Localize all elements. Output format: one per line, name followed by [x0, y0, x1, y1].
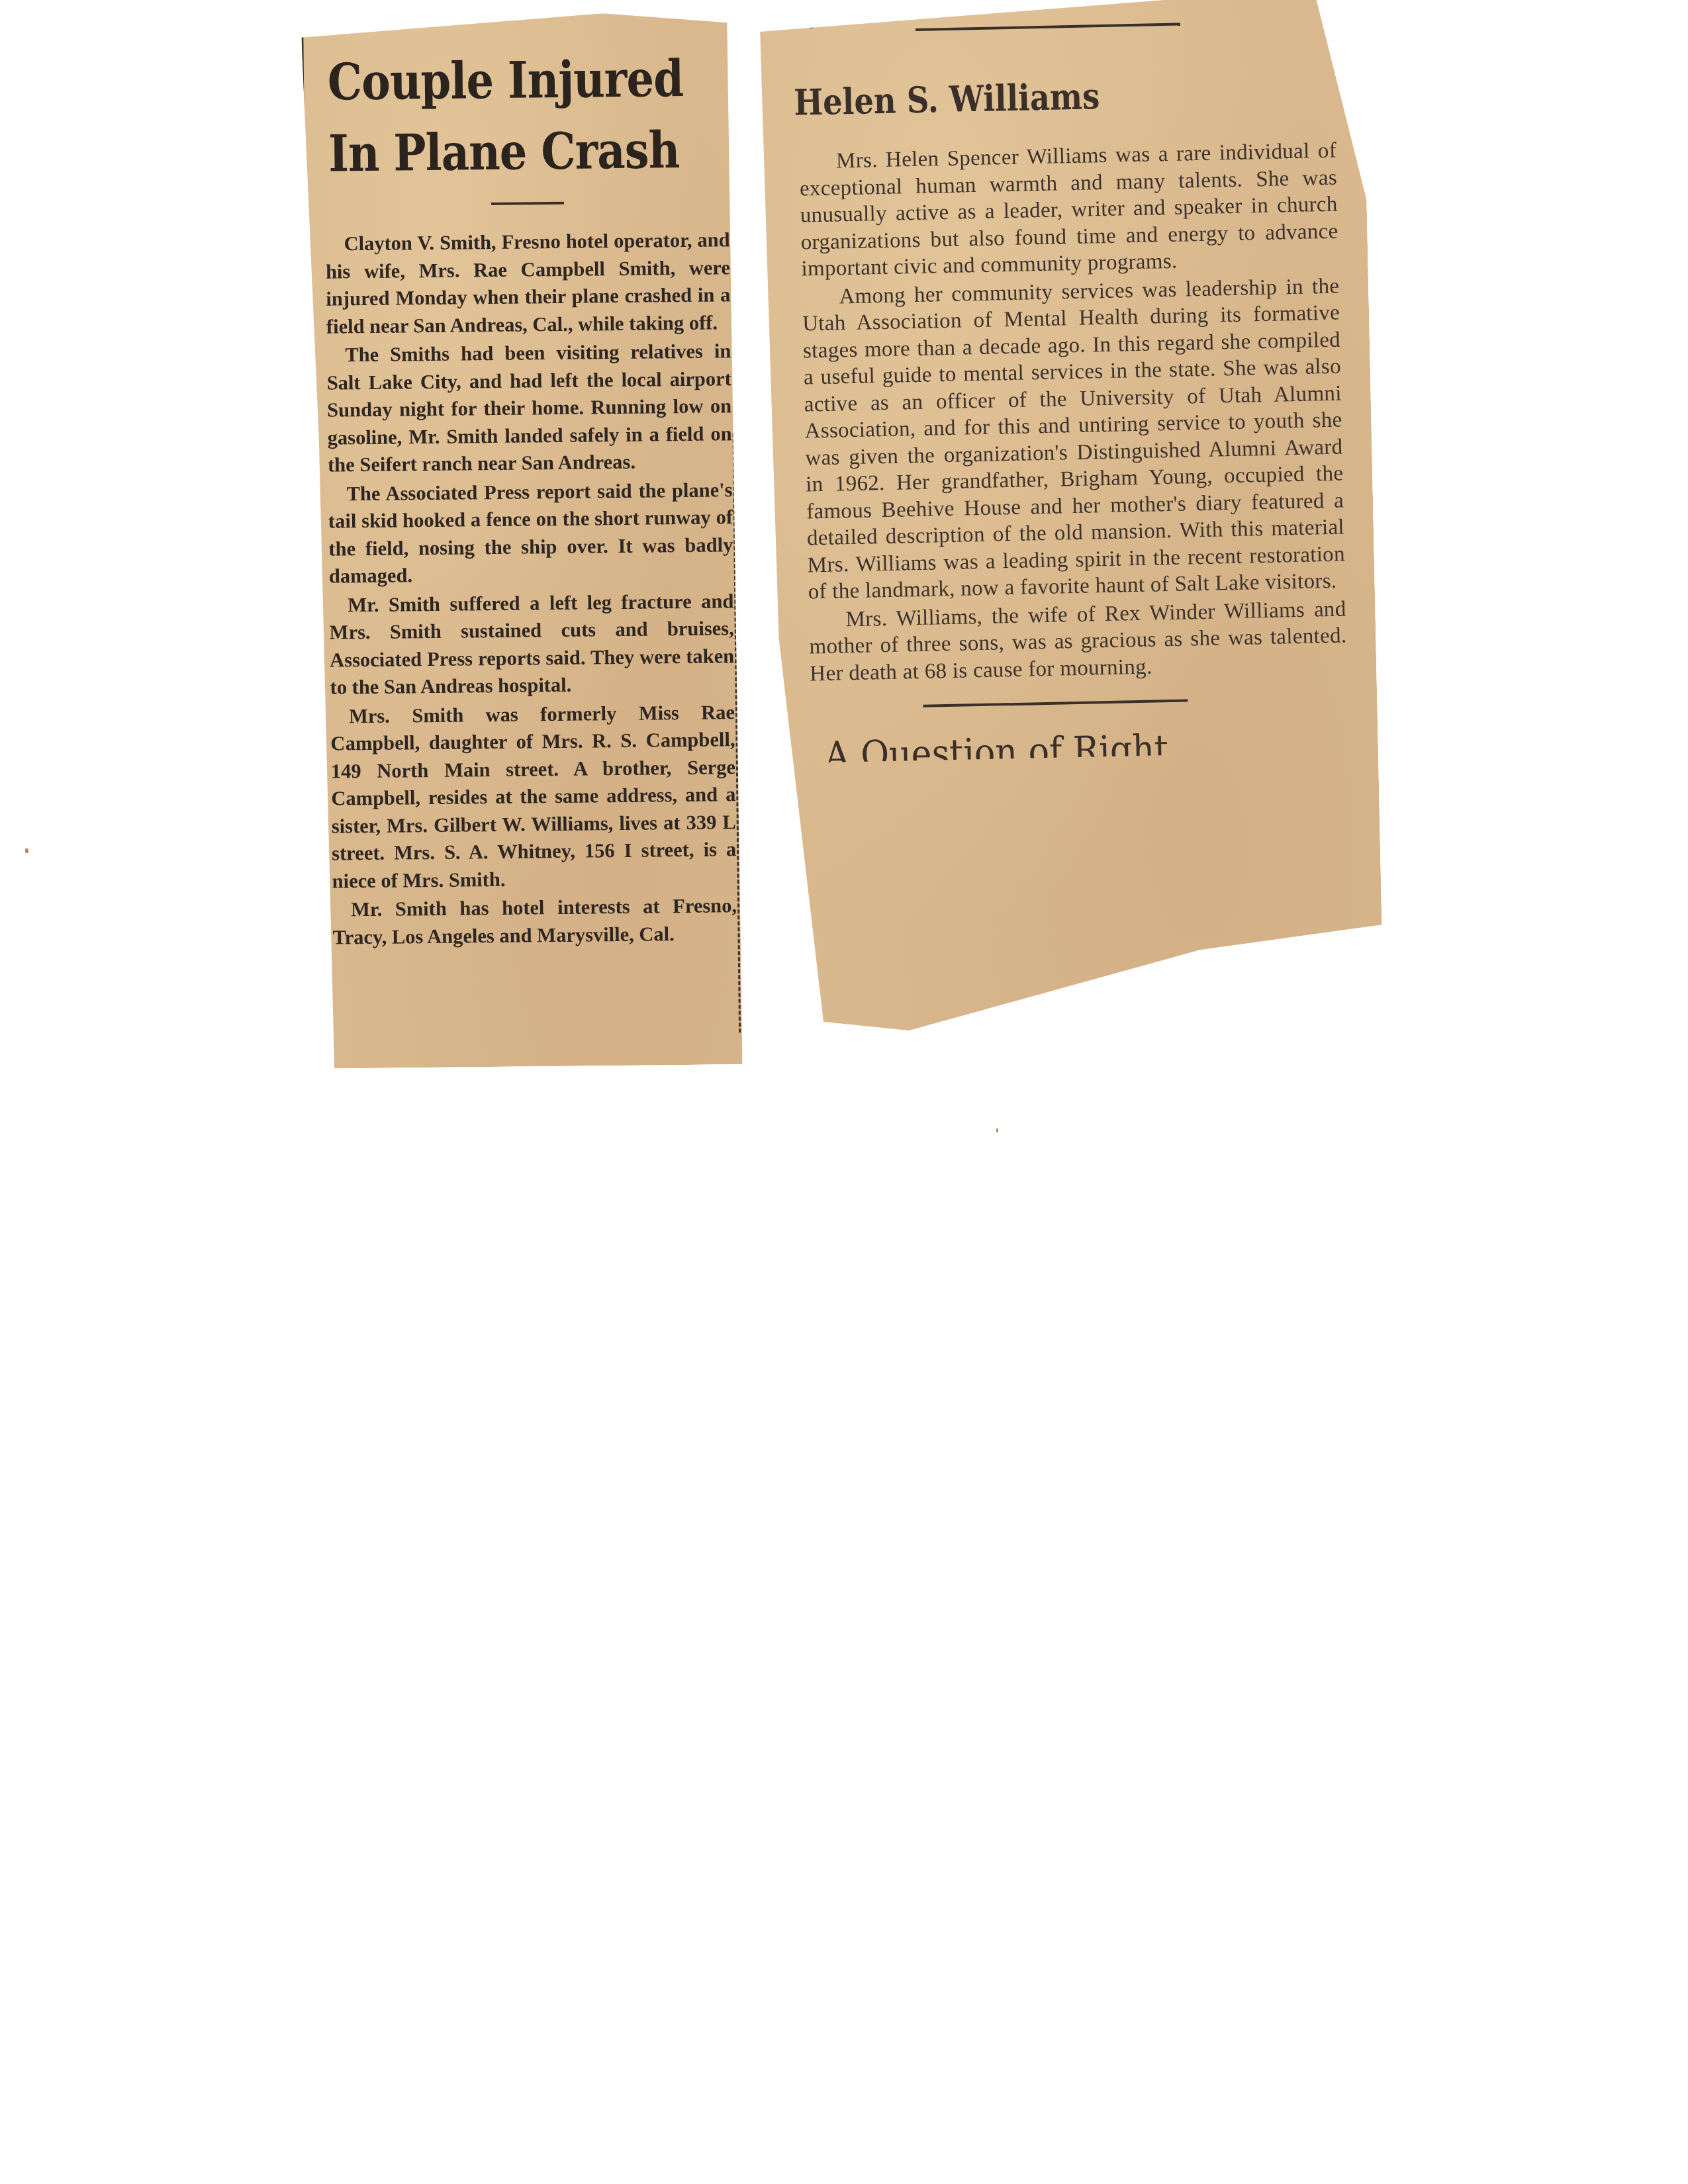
previous-article-tail: sity. [790, 0, 1333, 28]
paragraph: Mrs. Williams, the wife of Rex Winder Wi… [808, 596, 1347, 687]
paragraph: Among her community services was leaders… [802, 273, 1346, 606]
paragraph: The Smiths had been visiting relatives i… [326, 338, 732, 479]
paragraph: Mr. Smith has hotel interests at Fresno,… [332, 892, 737, 951]
paragraph: Mr. Smith suffered a left leg fracture a… [329, 588, 735, 702]
paragraph: The Associated Press report said the pla… [328, 477, 733, 590]
scan-speck [25, 848, 28, 853]
obituary-body: Mrs. Helen Spencer Williams was a rare i… [799, 138, 1348, 688]
headline-line-2: In Plane Crash [328, 118, 673, 185]
next-article-headline-fragment: A Question of Right [824, 726, 1296, 762]
obituary-title: Helen S. Williams [794, 73, 1260, 122]
scan-speck [996, 1128, 998, 1132]
paragraph: Mrs. Helen Spencer Williams was a rare i… [799, 138, 1339, 283]
article-separator-bottom [923, 699, 1188, 707]
clipping-helen-williams: sity. Helen S. Williams Mrs. Helen Spenc… [753, 0, 1385, 1066]
headline-divider [491, 202, 563, 205]
article-body: Clayton V. Smith, Fresno hotel operator,… [325, 226, 737, 951]
headline-line-1: Couple Injured [328, 47, 673, 114]
paragraph: Mrs. Smith was formerly Miss Rae Campbel… [330, 699, 737, 895]
clipping-couple-injured: Couple Injured In Plane Crash Clayton V.… [301, 12, 756, 1069]
paragraph: Clayton V. Smith, Fresno hotel operator,… [325, 226, 731, 340]
